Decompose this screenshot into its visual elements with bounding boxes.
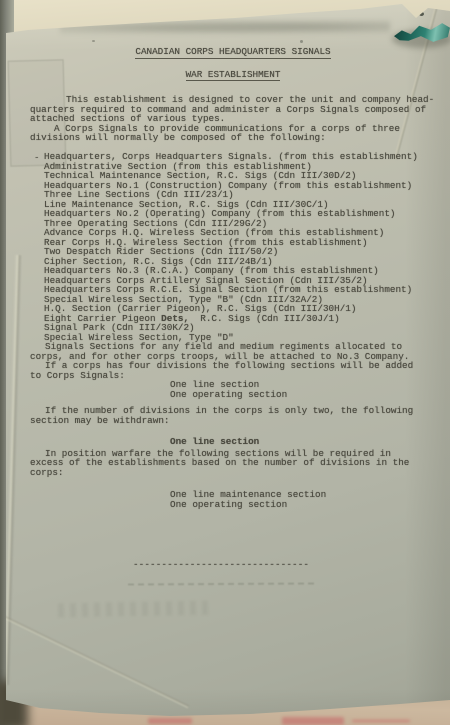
paragraph-signals-sections: Signals Sections for any field and mediu…: [30, 342, 436, 361]
typed-document-body: CANADIAN CORPS HEADQUARTERS SIGNALS WAR …: [30, 47, 436, 570]
added-section-item: One operating section: [170, 390, 436, 400]
withdrawn-section-item: One line section: [170, 437, 436, 447]
ink-speck: [300, 40, 303, 43]
scanned-document-photo: CANADIAN CORPS HEADQUARTERS SIGNALS WAR …: [0, 0, 450, 725]
bleed-through-text-smudge: [58, 601, 210, 618]
list-item: Special Wireless Section, Type "D": [44, 333, 436, 343]
position-warfare-sections-block: One line maintenance section One operati…: [170, 490, 436, 509]
added-sections-block: One line section One operating section: [170, 380, 436, 399]
paragraph-line: corps:: [30, 468, 436, 478]
paragraph-composition: A Corps Signals to provide communication…: [30, 124, 436, 143]
paragraph-line: excess of the establishments based on th…: [30, 458, 436, 468]
document-subtitle-row: WAR ESTABLISHMENT: [30, 70, 436, 80]
position-warfare-section-item: One operating section: [170, 500, 436, 510]
paragraph-intro: This establishment is designed to cover …: [30, 95, 436, 124]
red-ink-bleed-mark: [282, 717, 344, 725]
sections-list: - Headquarters, Corps Headquarters Signa…: [30, 152, 436, 342]
ink-speck: [92, 40, 95, 42]
paragraph-position-warfare: In position warfare the following sectio…: [30, 449, 436, 478]
bottom-crease: [0, 605, 189, 709]
document-title: CANADIAN CORPS HEADQUARTERS SIGNALS: [135, 46, 330, 59]
withdrawn-section-block: One line section: [170, 437, 436, 447]
paragraph-line: section may be withdrawn:: [30, 416, 436, 426]
paragraph-two-divisions: If the number of divisions in the corps …: [30, 406, 436, 425]
list-item-text: R.C. Sigs (Cdn III/30J/1): [189, 313, 340, 324]
bleed-through-dashes: [128, 583, 314, 586]
document-subtitle: WAR ESTABLISHMENT: [186, 69, 281, 82]
paragraph-line: divisions will normally be composed of t…: [30, 133, 436, 143]
typed-divider: -------------------------------: [133, 560, 436, 570]
document-page: CANADIAN CORPS HEADQUARTERS SIGNALS WAR …: [0, 0, 450, 725]
red-ink-bleed-mark: [148, 718, 192, 724]
pencil-tick-mark: -: [34, 152, 41, 162]
document-title-row: CANADIAN CORPS HEADQUARTERS SIGNALS: [30, 47, 436, 57]
paragraph-four-divisions: If a corps has four divisions the follow…: [30, 361, 436, 380]
red-ink-bleed-mark: [352, 720, 410, 723]
